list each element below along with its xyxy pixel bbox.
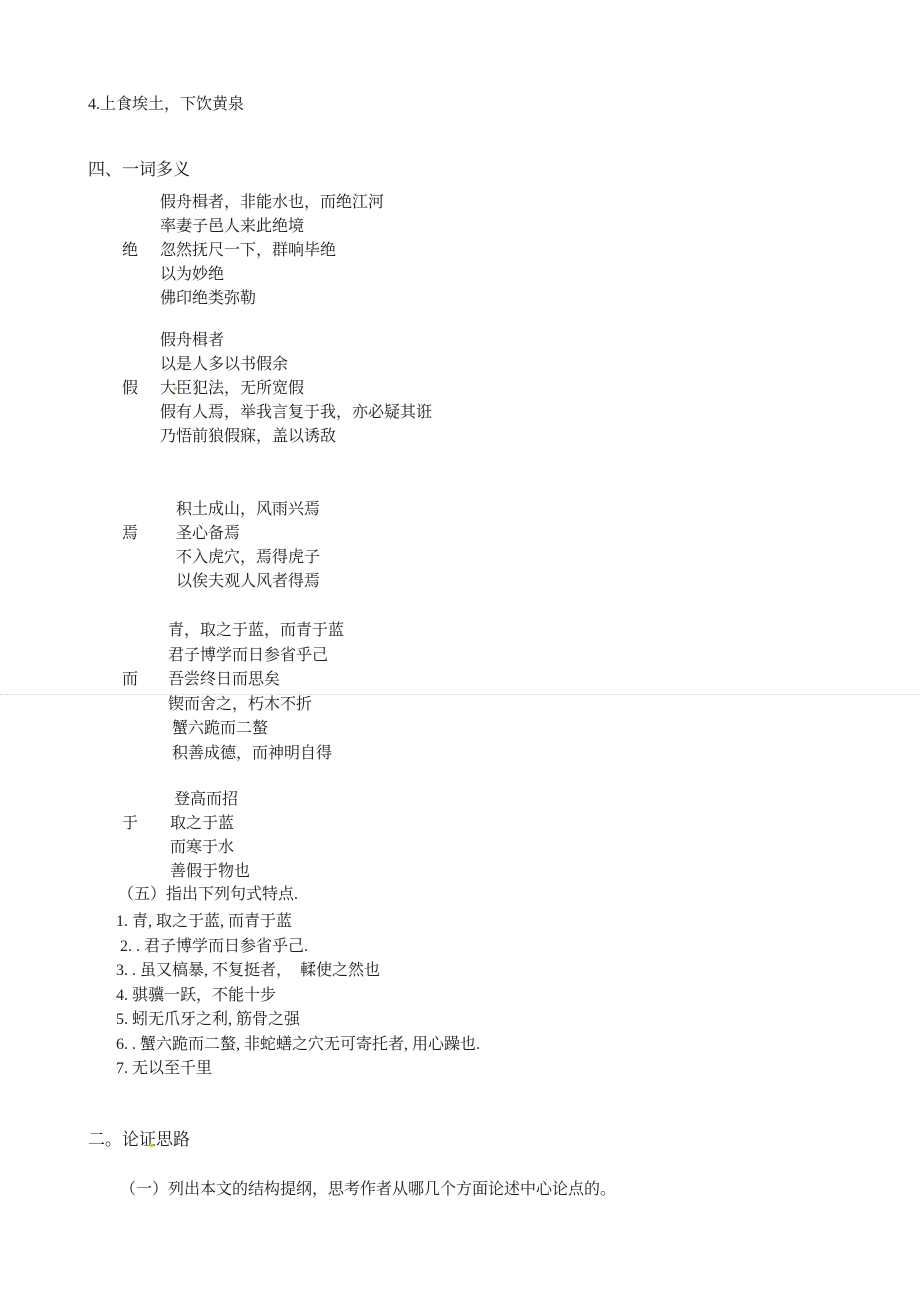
list-item: 1. 青, 取之于蓝, 而青于蓝 — [116, 910, 480, 935]
list-item: 7. 无以至千里 — [116, 1057, 480, 1082]
polysemy-group-yan: 焉 积土成山，风雨兴焉 圣心备焉 不入虎穴，焉得虎子 以俟夫观人风者得焉 — [0, 498, 920, 594]
example-sentences: 假舟楫者，非能水也，而绝江河 率妻子邑人来此绝境 忽然抚尺一下，群响毕绝 以为妙… — [160, 191, 920, 311]
example-sentences: 青，取之于蓝，而青于蓝 君子博学而日参省乎己 吾尝终日而思矣 锲而舍之，朽木不折… — [168, 619, 920, 766]
example-sentence: 假有人焉，举我言复于我，亦必疑其诳 — [160, 401, 920, 425]
example-sentence: 积善成德，而神明自得 — [168, 742, 920, 767]
section-heading-four: 四、一词多义 — [88, 158, 190, 182]
sentence-pattern-list: 1. 青, 取之于蓝, 而青于蓝 2. . 君子博学而日参省乎己. 3. . 虽… — [116, 910, 480, 1082]
polysemy-group-jue: 绝 假舟楫者，非能水也，而绝江河 率妻子邑人来此绝境 忽然抚尺一下，群响毕绝 以… — [0, 191, 920, 311]
example-sentence: 善假于物也 — [170, 860, 920, 884]
polysemy-word-label: 绝 — [122, 239, 138, 263]
polysemy-group-yu: 于 登高而招 取之于蓝 而寒于水 善假于物也 — [0, 788, 920, 884]
example-sentence: 不入虎穴，焉得虎子 — [176, 546, 920, 570]
example-sentence: 乃悟前狼假寐，盖以诱敌 — [160, 425, 920, 449]
document-page: 4.上食埃土，下饮黄泉 四、一词多义 绝 假舟楫者，非能水也，而绝江河 率妻子邑… — [0, 0, 920, 1302]
example-sentences: 登高而招 取之于蓝 而寒于水 善假于物也 — [170, 788, 920, 884]
example-sentence: 蟹六跪而二螯 — [168, 717, 920, 742]
example-sentence: 以为妙绝 — [160, 263, 920, 287]
example-sentence: 圣心备焉 — [176, 522, 920, 546]
list-item: 4. 骐骥一跃，不能十步 — [116, 984, 480, 1009]
example-sentence: 以俟夫观人风者得焉 — [176, 570, 920, 594]
example-sentence: 取之于蓝 — [170, 812, 920, 836]
example-sentence: 锲而舍之，朽木不折 — [168, 693, 920, 718]
example-sentence: 登高而招 — [170, 788, 920, 812]
numbered-line-4: 4.上食埃土，下饮黄泉 — [88, 93, 244, 117]
example-sentence: 青，取之于蓝，而青于蓝 — [168, 619, 920, 644]
polysemy-word-label: 假 — [122, 377, 138, 401]
polysemy-group-er: 而 青，取之于蓝，而青于蓝 君子博学而日参省乎己 吾尝终日而思矣 锲而舍之，朽木… — [0, 619, 920, 766]
list-item: 3. . 虽又槁暴, 不复挺者， 輮使之然也 — [116, 959, 480, 984]
page-break-dotted-line — [0, 694, 920, 695]
example-sentence: 忽然抚尺一下，群响毕绝 — [160, 239, 920, 263]
polysemy-word-label: 于 — [122, 812, 138, 836]
example-sentence: 而寒于水 — [170, 836, 920, 860]
section-heading-five: （五）指出下列句式特点. — [118, 883, 298, 907]
list-item: 5. 蚓无爪牙之利, 筋骨之强 — [116, 1008, 480, 1033]
list-item: 2. . 君子博学而日参省乎己. — [116, 935, 480, 960]
list-item: 6. . 蟹六跪而二螯, 非蛇蟮之穴无可寄托者, 用心躁也. — [116, 1033, 480, 1058]
example-sentence: 以是人多以书假余 — [160, 353, 920, 377]
section-heading-two: 二。论证思路 — [88, 1128, 190, 1152]
example-sentence: 积土成山，风雨兴焉 — [176, 498, 920, 522]
example-sentence: 大臣犯法，无所宽假 — [160, 377, 920, 401]
polysemy-group-jia: 假 假舟楫者 以是人多以书假余 大臣犯法，无所宽假 假有人焉，举我言复于我，亦必… — [0, 329, 920, 449]
example-sentences: 假舟楫者 以是人多以书假余 大臣犯法，无所宽假 假有人焉，举我言复于我，亦必疑其… — [160, 329, 920, 449]
speck-artifact — [150, 1144, 153, 1147]
example-sentence: 率妻子邑人来此绝境 — [160, 215, 920, 239]
example-sentence: 佛印绝类弥勒 — [160, 287, 920, 311]
example-sentence: 君子博学而日参省乎己 — [168, 644, 920, 669]
polysemy-word-label: 而 — [122, 668, 138, 692]
section-two-subitem: （一）列出本文的结构提纲，思考作者从哪几个方面论述中心论点的。 — [120, 1178, 616, 1202]
example-sentences: 积土成山，风雨兴焉 圣心备焉 不入虎穴，焉得虎子 以俟夫观人风者得焉 — [176, 498, 920, 594]
example-sentence: 假舟楫者，非能水也，而绝江河 — [160, 191, 920, 215]
speck-artifact — [174, 387, 177, 390]
example-sentence: 假舟楫者 — [160, 329, 920, 353]
example-sentence: 吾尝终日而思矣 — [168, 668, 920, 693]
polysemy-word-label: 焉 — [122, 522, 138, 546]
